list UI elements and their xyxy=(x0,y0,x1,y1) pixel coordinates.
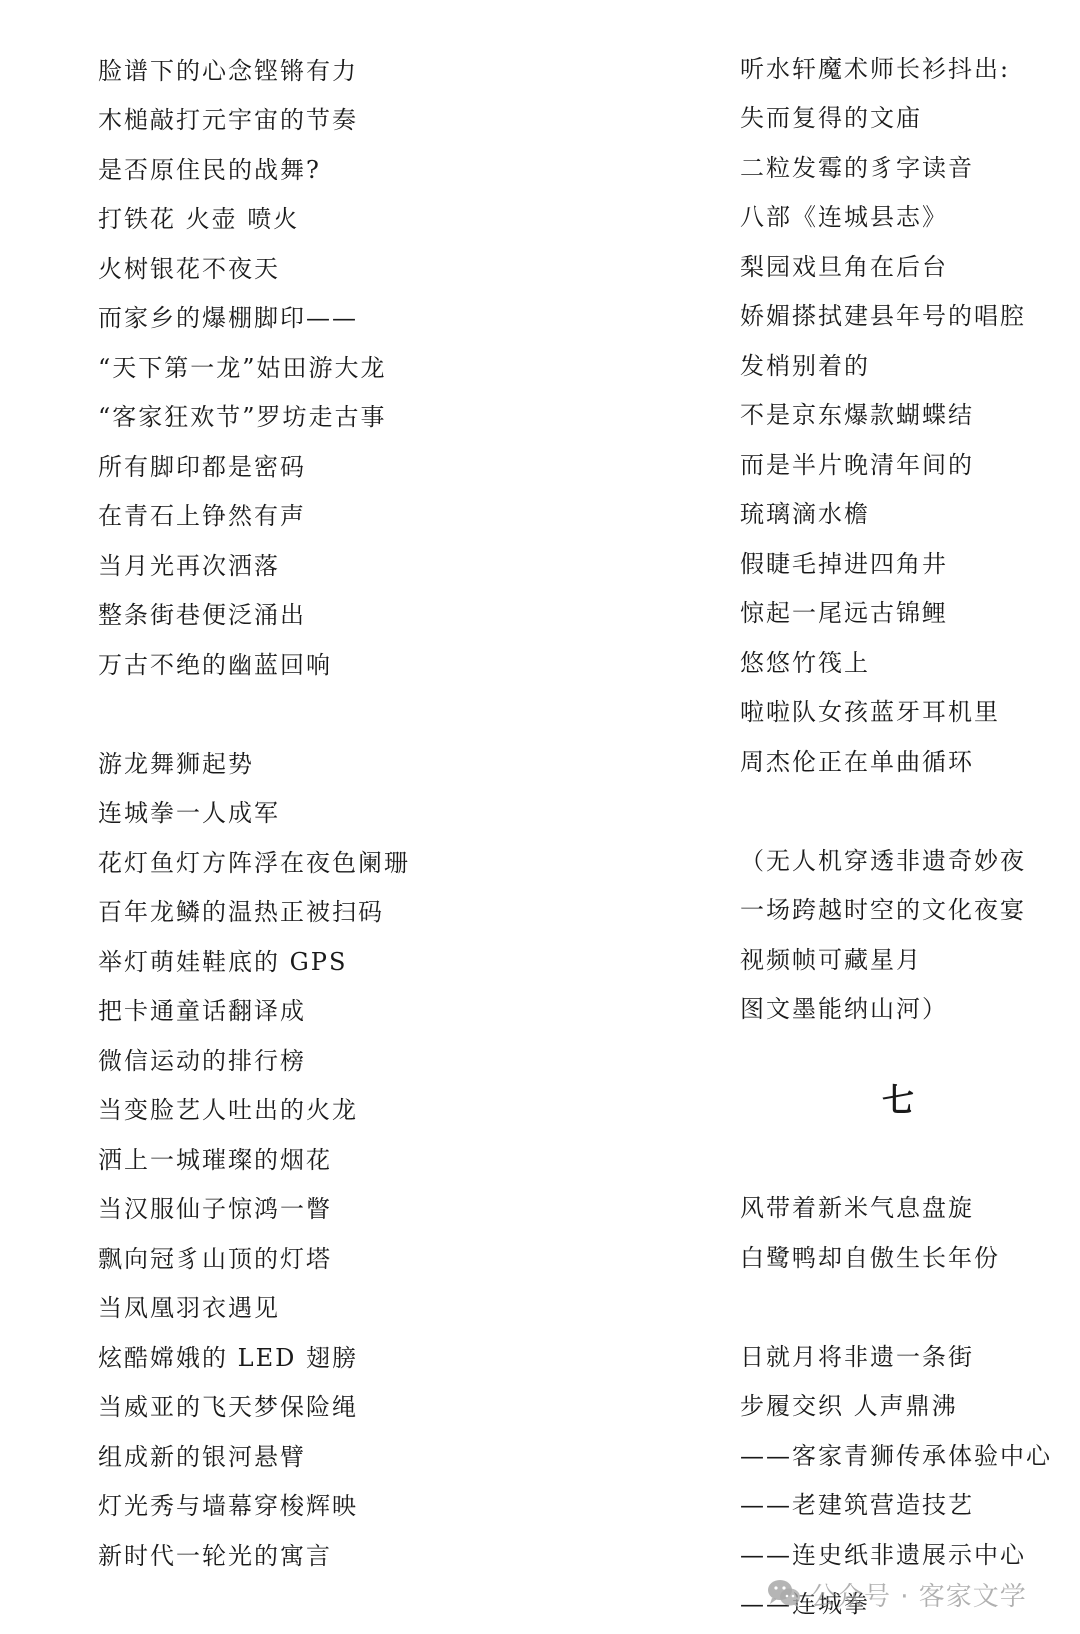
poem-line: 琉璃滴水檐 xyxy=(740,499,870,529)
poem-line: 而是半片晚清年间的 xyxy=(740,450,974,480)
poem-line: 花灯鱼灯方阵浮在夜色阑珊 xyxy=(98,848,410,878)
poem-line: ——客家青狮传承体验中心 xyxy=(740,1441,1052,1471)
poem-line: 木槌敲打元宇宙的节奏 xyxy=(98,105,358,135)
poem-line: 假睫毛掉进四角井 xyxy=(740,549,948,579)
poem-line: 举灯萌娃鞋底的 GPS xyxy=(98,947,347,977)
poem-line: 风带着新米气息盘旋 xyxy=(740,1193,974,1223)
poem-line: 惊起一尾远古锦鲤 xyxy=(740,598,948,628)
poem-line: 当威亚的飞天梦保险绳 xyxy=(98,1392,358,1422)
wechat-icon xyxy=(766,1578,802,1610)
poem-line: 不是京东爆款蝴蝶结 xyxy=(740,400,974,430)
poem-line: 啦啦队女孩蓝牙耳机里 xyxy=(740,697,1000,727)
poem-line: 二粒发霉的豸字读音 xyxy=(740,153,974,183)
poem-line: 而家乡的爆棚脚印—— xyxy=(98,303,358,333)
poem-line: 当汉服仙子惊鸿一瞥 xyxy=(98,1194,332,1224)
poem-line: ——连史纸非遗展示中心 xyxy=(740,1540,1026,1570)
poem-line: 步履交织 人声鼎沸 xyxy=(740,1391,958,1421)
poem-line: 微信运动的排行榜 xyxy=(98,1046,306,1076)
poem-line: 百年龙鳞的温热正被扫码 xyxy=(98,897,384,927)
poem-line: 连城拳一人成军 xyxy=(98,798,280,828)
poem-line: 脸谱下的心念铿锵有力 xyxy=(98,56,358,86)
poem-line: 万古不绝的幽蓝回响 xyxy=(98,650,332,680)
poem-line: 视频帧可藏星月 xyxy=(740,945,922,975)
poem-line: 打铁花 火壶 喷火 xyxy=(98,204,299,234)
section-heading-seven: 七 xyxy=(882,1082,914,1118)
poem-line: “客家狂欢节”罗坊走古事 xyxy=(98,402,387,432)
poem-line: 当凤凰羽衣遇见 xyxy=(98,1293,280,1323)
poem-line: 当变脸艺人吐出的火龙 xyxy=(98,1095,358,1125)
poem-line: 把卡通童话翻译成 xyxy=(98,996,306,1026)
poem-line: 一场跨越时空的文化夜宴 xyxy=(740,895,1026,925)
poem-line: 洒上一城璀璨的烟花 xyxy=(98,1145,332,1175)
poem-line: 飘向冠豸山顶的灯塔 xyxy=(98,1244,332,1274)
poem-line: 整条街巷便泛涌出 xyxy=(98,600,306,630)
poem-line: 日就月将非遗一条街 xyxy=(740,1342,974,1372)
poem-line: 灯光秀与墙幕穿梭辉映 xyxy=(98,1491,358,1521)
watermark-text: 公众号 · 客家文学 xyxy=(810,1576,1027,1613)
poem-line: 失而复得的文庙 xyxy=(740,103,922,133)
poem-line: 当月光再次洒落 xyxy=(98,551,280,581)
poem-line: 梨园戏旦角在后台 xyxy=(740,252,948,282)
poem-line: 新时代一轮光的寓言 xyxy=(98,1541,332,1571)
poem-line: “天下第一龙”姑田游大龙 xyxy=(98,353,387,383)
poem-line: 听水轩魔术师长衫抖出: xyxy=(740,54,1010,84)
poem-line: 悠悠竹筏上 xyxy=(740,648,870,678)
poem-line: 炫酷嫦娥的 LED 翅膀 xyxy=(98,1343,358,1373)
poem-line: 周杰伦正在单曲循环 xyxy=(740,747,974,777)
watermark: 公众号 · 客家文学 xyxy=(766,1574,1027,1614)
poem-line: ——老建筑营造技艺 xyxy=(740,1490,974,1520)
poem-line: 八部《连城县志》 xyxy=(740,202,948,232)
poem-line: 在青石上铮然有声 xyxy=(98,501,306,531)
poem-line: 娇媚搽拭建县年号的唱腔 xyxy=(740,301,1026,331)
poem-line: 图文墨能纳山河） xyxy=(740,994,948,1024)
poem-line: 所有脚印都是密码 xyxy=(98,452,306,482)
poem-line: 火树银花不夜天 xyxy=(98,254,280,284)
poem-line: 组成新的银河悬臂 xyxy=(98,1442,306,1472)
poem-line: 是否原住民的战舞? xyxy=(98,155,321,185)
poem-line: （无人机穿透非遗奇妙夜 xyxy=(740,846,1026,876)
poem-line: 白鹭鸭却自傲生长年份 xyxy=(740,1243,1000,1273)
poem-line: 发梢别着的 xyxy=(740,351,870,381)
poem-line: 游龙舞狮起势 xyxy=(98,749,254,779)
